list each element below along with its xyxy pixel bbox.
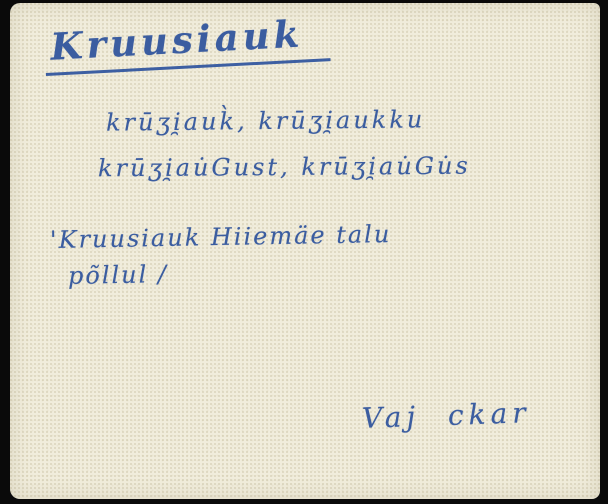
phonetic-transcription-line-2: krūʒi̯au̇Gust, krūʒi̯au̇Gu̇s bbox=[98, 152, 471, 183]
index-card: Kruusiauk krūʒi̯auk̀, krūʒi̯aukku krūʒi̯… bbox=[10, 3, 600, 499]
phonetic-transcription-line-1: krūʒi̯auk̀, krūʒi̯aukku bbox=[106, 105, 426, 136]
note-line-1: 'Kruusiauk Hiiemäe talu bbox=[50, 220, 392, 254]
note-line-2: põllul / bbox=[68, 260, 168, 290]
scanned-card-image: Kruusiauk krūʒi̯auk̀, krūʒi̯aukku krūʒi̯… bbox=[0, 0, 608, 504]
headword-title: Kruusiauk bbox=[43, 10, 330, 76]
signature: Vaj ckar bbox=[361, 396, 531, 435]
